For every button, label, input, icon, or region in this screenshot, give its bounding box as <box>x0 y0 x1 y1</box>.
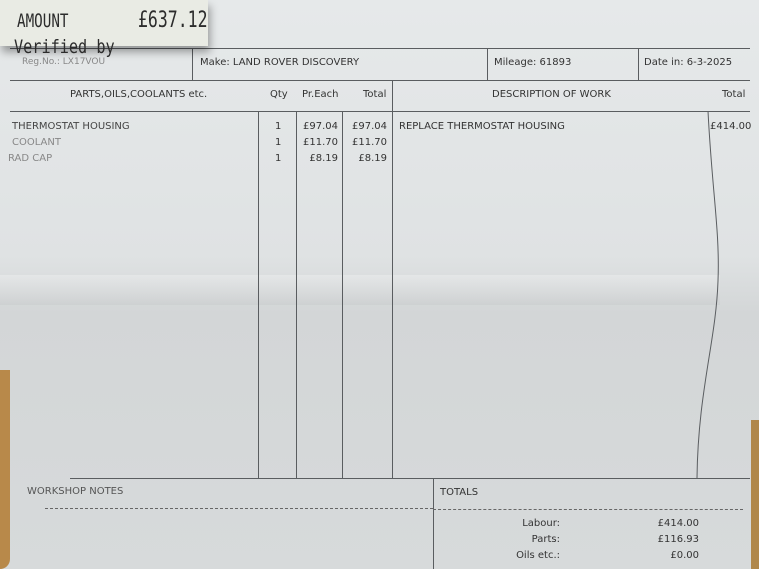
date-in: Date in: 6-3-2025 <box>644 57 732 68</box>
part-qty: 1 <box>275 153 281 164</box>
part-name: COOLANT <box>12 137 61 148</box>
price-each-column-header: Pr.Each <box>302 89 339 100</box>
table-surface <box>0 370 10 569</box>
work-description: REPLACE THERMOSTAT HOUSING <box>399 121 565 132</box>
part-qty: 1 <box>275 137 281 148</box>
workshop-notes-label: WORKSHOP NOTES <box>27 486 123 497</box>
part-name: RAD CAP <box>8 153 52 164</box>
paper-fold <box>0 275 720 305</box>
header-divider <box>192 48 193 80</box>
reg-no: Reg.No.: LX17VOU <box>22 57 105 67</box>
header-bottom-rule <box>10 80 750 81</box>
bottom-section-rule <box>70 478 750 479</box>
invoice-sheet: Reg.No.: LX17VOU Make: LAND ROVER DISCOV… <box>0 0 759 569</box>
totals-line-label: Parts: <box>480 534 560 545</box>
column-divider <box>342 111 343 478</box>
totals-line-value: £116.93 <box>630 534 699 545</box>
header-top-rule <box>10 48 750 49</box>
part-total: £11.70 <box>344 137 387 148</box>
qty-column-header: Qty <box>270 89 288 100</box>
header-divider <box>638 48 639 80</box>
part-price-each: £97.04 <box>298 121 338 132</box>
work-total-column-header: Total <box>722 89 745 100</box>
part-total: £8.19 <box>344 153 387 164</box>
notes-totals-divider <box>433 478 434 569</box>
part-qty: 1 <box>275 121 281 132</box>
column-header-rule <box>10 111 750 112</box>
work-total-divider <box>690 111 730 479</box>
amount-label: AMOUNT <box>17 10 68 32</box>
header-divider <box>487 48 488 80</box>
amount-sticker: AMOUNT £637.12 Verified by <box>0 0 208 46</box>
mileage: Mileage: 61893 <box>494 57 571 68</box>
table-surface <box>751 420 759 569</box>
totals-dashed-line <box>433 509 743 510</box>
part-price-each: £11.70 <box>298 137 338 148</box>
totals-line-label: Labour: <box>480 518 560 529</box>
part-price-each: £8.19 <box>298 153 338 164</box>
part-name: THERMOSTAT HOUSING <box>12 121 130 132</box>
totals-label: TOTALS <box>440 487 478 498</box>
totals-line-value: £0.00 <box>630 550 699 561</box>
part-total: £97.04 <box>344 121 387 132</box>
verified-by-label: Verified by <box>14 36 115 58</box>
work-description-column-header: DESCRIPTION OF WORK <box>492 89 611 100</box>
vehicle-make: Make: LAND ROVER DISCOVERY <box>200 57 359 68</box>
column-divider <box>258 111 259 478</box>
parts-total-column-header: Total <box>363 89 386 100</box>
notes-dashed-line <box>45 508 433 509</box>
totals-line-value: £414.00 <box>630 518 699 529</box>
parts-work-divider <box>392 80 393 478</box>
parts-column-header: PARTS,OILS,COOLANTS etc. <box>70 89 207 100</box>
totals-line-label: Oils etc.: <box>480 550 560 561</box>
amount-value: £637.12 <box>138 8 208 33</box>
column-divider <box>296 111 297 478</box>
work-total: £414.00 <box>710 121 751 132</box>
